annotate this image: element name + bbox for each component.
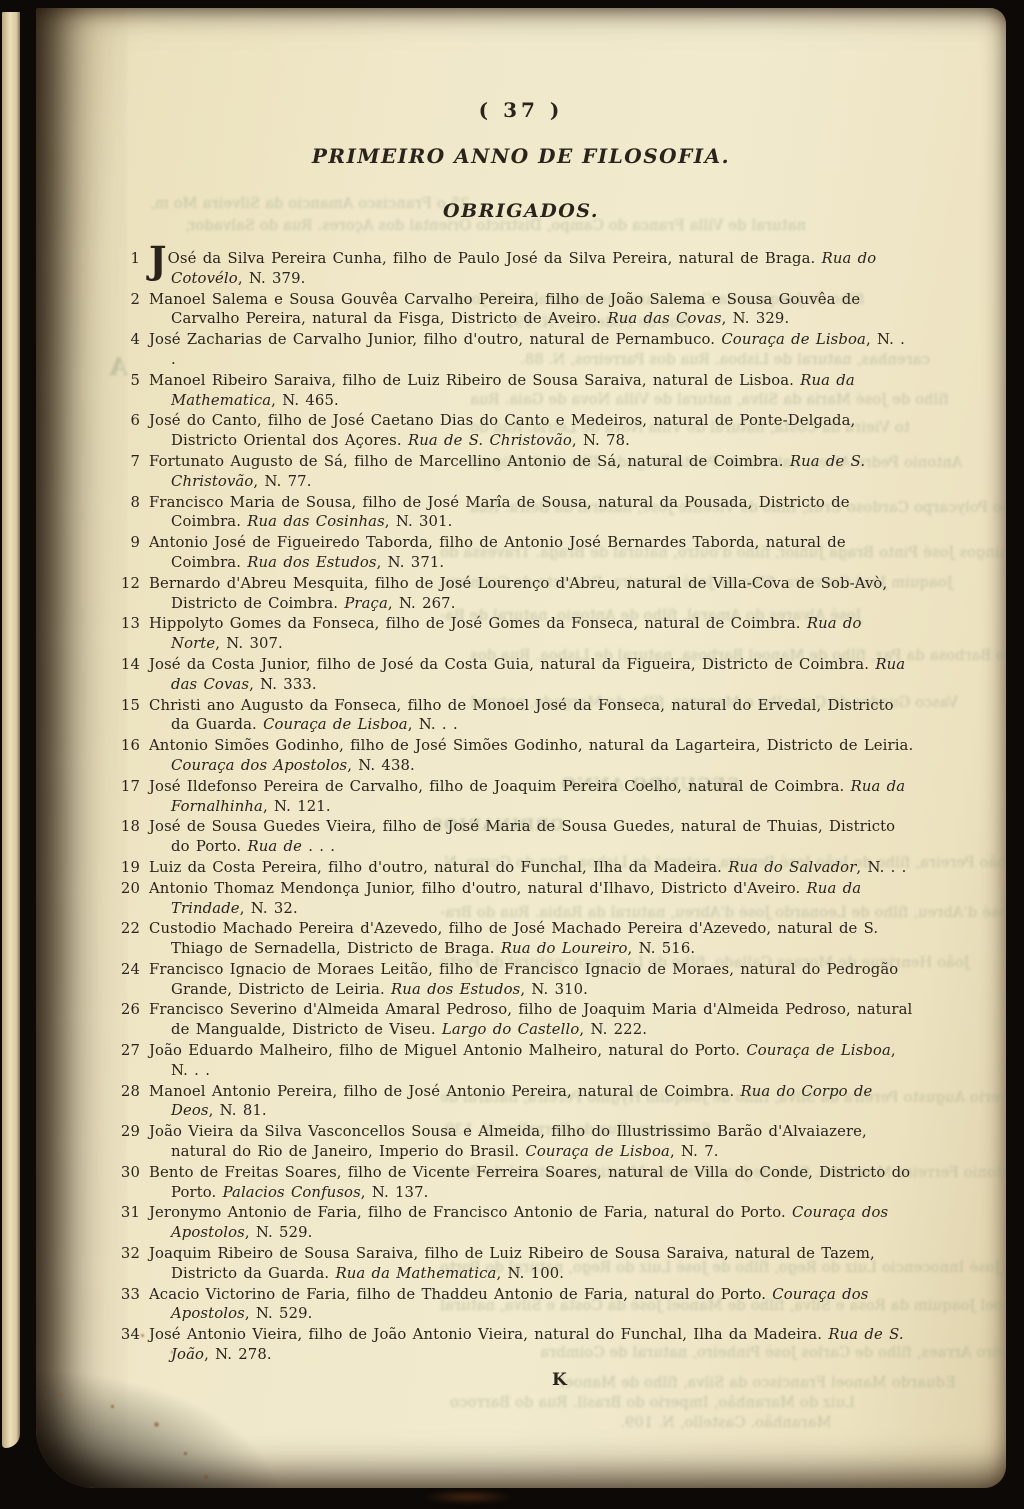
list-entry: 18José de Sousa Guedes Vieira, filho de …	[96, 817, 914, 857]
street-address: Rua do Salvador	[728, 859, 856, 876]
street-address: Rua de S. Christovão	[408, 432, 572, 449]
entry-number: 13	[96, 614, 140, 654]
list-entry: 9Antonio José de Figueiredo Taborda, fil…	[96, 533, 914, 573]
entry-text: José Zacharias de Carvalho Junior, filho…	[149, 330, 914, 370]
foxing-spot	[170, 1350, 174, 1354]
entry-number: 4	[96, 330, 140, 370]
street-address: Couraça de Lisboa	[721, 331, 866, 348]
list-entry: 26Francisco Severino d'Almeida Amaral Pe…	[96, 1000, 914, 1040]
ghost-text-line: Maranhão. Castello, N. 109.	[620, 1415, 832, 1431]
entry-number: 18	[96, 817, 140, 857]
street-address: Rua de S. Christovão	[171, 453, 865, 490]
entry-number: 29	[96, 1122, 140, 1162]
list-entry: 27João Eduardo Malheiro, filho de Miguel…	[96, 1041, 914, 1081]
street-address: Rua das Covas	[607, 310, 721, 327]
street-address: Couraça de Lisboa	[746, 1042, 891, 1059]
entry-text: Acacio Victorino de Faria, filho de Thad…	[149, 1285, 914, 1325]
entry-text: Antonio Thomaz Mendonça Junior, filho d'…	[149, 879, 914, 919]
street-address: Rua de	[247, 838, 302, 855]
street-address: Rua da Fornalhinha	[171, 778, 905, 815]
list-entry: 14José da Costa Junior, filho de José da…	[96, 655, 914, 695]
entry-text: José da Costa Junior, filho de José da C…	[149, 655, 914, 695]
entry-text: José Ildefonso Pereira de Carvalho, filh…	[149, 777, 914, 817]
street-address: Largo do Castello	[442, 1021, 580, 1038]
entry-text: JOsé da Silva Pereira Cunha, filho de Pa…	[149, 249, 914, 289]
entry-text: Hippolyto Gomes da Fonseca, filho de Jos…	[149, 614, 914, 654]
foxing-spot	[57, 1392, 63, 1398]
street-address: Palacios Confusos	[223, 1184, 361, 1201]
list-entry: 34José Antonio Vieira, filho de João Ant…	[96, 1325, 914, 1365]
street-address: Couraça dos Apostolos	[171, 757, 347, 774]
entry-text: Luiz da Costa Pereira, filho d'outro, na…	[149, 858, 914, 878]
entry-text: Bernardo d'Abreu Mesquita, filho de José…	[149, 574, 914, 614]
book-page: 25 o Francisco Amancio da Silveira Mo m,…	[36, 8, 1006, 1488]
entry-number: 2	[96, 290, 140, 330]
street-address: Couraça de Lisboa	[263, 716, 408, 733]
street-address: Rua da Mathematica	[171, 372, 855, 409]
list-entry: 4José Zacharias de Carvalho Junior, filh…	[96, 330, 914, 370]
list-entry: 6José do Canto, filho de José Caetano Di…	[96, 411, 914, 451]
entry-text: Manoel Ribeiro Saraiva, filho de Luiz Ri…	[149, 371, 914, 411]
list-entry: 24Francisco Ignacio de Moraes Leitão, fi…	[96, 960, 914, 1000]
street-address: Rua das Cosinhas	[247, 513, 385, 530]
list-entry: 20Antonio Thomaz Mendonça Junior, filho …	[96, 879, 914, 919]
entry-text: João Vieira da Silva Vasconcellos Sousa …	[149, 1122, 914, 1162]
list-entry: 29João Vieira da Silva Vasconcellos Sous…	[96, 1122, 914, 1162]
entry-number: 26	[96, 1000, 140, 1040]
list-entry: 13Hippolyto Gomes da Fonseca, filho de J…	[96, 614, 914, 654]
entry-number: 1	[96, 249, 140, 289]
list-entry: 12Bernardo d'Abreu Mesquita, filho de Jo…	[96, 574, 914, 614]
list-entry: 19Luiz da Costa Pereira, filho d'outro, …	[96, 858, 914, 878]
entry-number: 7	[96, 452, 140, 492]
entry-number: 30	[96, 1163, 140, 1203]
entry-number: 16	[96, 736, 140, 776]
entry-text: José de Sousa Guedes Vieira, filho de Jo…	[149, 817, 914, 857]
entry-number: 19	[96, 858, 140, 878]
ghost-text-line: Luiz do Maranhão, Imperio do Brasil. Rua…	[450, 1395, 855, 1411]
street-address: Rua do Cotovélo	[171, 250, 876, 287]
bottom-smudge	[420, 1490, 516, 1504]
entry-number: 22	[96, 919, 140, 959]
street-address: Rua da Mathematica	[335, 1265, 496, 1282]
entry-text: Bento de Freitas Soares, filho de Vicent…	[149, 1163, 914, 1203]
subsection-title: OBRIGADOS.	[36, 200, 1006, 222]
street-address: Praça	[344, 595, 388, 612]
street-address: Couraça de Lisboa	[525, 1143, 670, 1160]
entry-text: João Eduardo Malheiro, filho de Miguel A…	[149, 1041, 914, 1081]
entry-number: 14	[96, 655, 140, 695]
page-content: ( 37 ) PRIMEIRO ANNO DE FILOSOFIA. OBRIG…	[36, 8, 1006, 1390]
entry-text: Francisco Ignacio de Moraes Leitão, filh…	[149, 960, 914, 1000]
list-entry: 31Jeronymo Antonio de Faria, filho de Fr…	[96, 1203, 914, 1243]
entry-text: Manoel Salema e Sousa Gouvêa Carvalho Pe…	[149, 290, 914, 330]
street-address: Rua do Corpo de Deos	[171, 1083, 872, 1120]
entry-number: 31	[96, 1203, 140, 1243]
street-address: Rua de S. João	[171, 1326, 904, 1363]
entry-number: 12	[96, 574, 140, 614]
entry-number: 27	[96, 1041, 140, 1081]
entry-text: Manoel Antonio Pereira, filho de José An…	[149, 1082, 914, 1122]
entry-number: 28	[96, 1082, 140, 1122]
list-entry: 5Manoel Ribeiro Saraiva, filho de Luiz R…	[96, 371, 914, 411]
foxing-spot	[183, 1451, 188, 1456]
entry-number: 20	[96, 879, 140, 919]
street-address: Couraça dos Apostolos	[171, 1286, 868, 1323]
entry-number: 24	[96, 960, 140, 1000]
entry-text: Francisco Maria de Sousa, filho de José …	[149, 493, 914, 533]
section-title: PRIMEIRO ANNO DE FILOSOFIA.	[36, 144, 1006, 168]
entry-number: 15	[96, 696, 140, 736]
foxing-spot	[110, 1404, 115, 1409]
list-entry: 8Francisco Maria de Sousa, filho de José…	[96, 493, 914, 533]
entry-text: Joaquim Ribeiro de Sousa Saraiva, filho …	[149, 1244, 914, 1284]
drop-cap: J	[149, 238, 167, 282]
list-entry: 32Joaquim Ribeiro de Sousa Saraiva, filh…	[96, 1244, 914, 1284]
list-entry: 15Christi ano Augusto da Fonseca, filho …	[96, 696, 914, 736]
list-entry: 1JOsé da Silva Pereira Cunha, filho de P…	[96, 249, 914, 289]
book-scan: 25 o Francisco Amancio da Silveira Mo m,…	[0, 0, 1024, 1509]
entry-number: 33	[96, 1285, 140, 1325]
list-entry: 22Custodio Machado Pereira d'Azevedo, fi…	[96, 919, 914, 959]
list-entry: 28Manoel Antonio Pereira, filho de José …	[96, 1082, 914, 1122]
street-address: Rua da Trindade	[171, 880, 861, 917]
entry-number: 32	[96, 1244, 140, 1284]
foxing-spot	[140, 1333, 145, 1338]
page-number: ( 37 )	[36, 98, 1006, 122]
list-entry: 17José Ildefonso Pereira de Carvalho, fi…	[96, 777, 914, 817]
list-entry: 33Acacio Victorino de Faria, filho de Th…	[96, 1285, 914, 1325]
entry-text: José do Canto, filho de José Caetano Dia…	[149, 411, 914, 451]
street-address: Rua dos Estudos	[247, 554, 376, 571]
entry-text: Antonio Simões Godinho, filho de José Si…	[149, 736, 914, 776]
entry-text: Francisco Severino d'Almeida Amaral Pedr…	[149, 1000, 914, 1040]
list-entry: 2Manoel Salema e Sousa Gouvêa Carvalho P…	[96, 290, 914, 330]
student-list: 1JOsé da Silva Pereira Cunha, filho de P…	[96, 249, 914, 1365]
street-address: Rua das Covas	[171, 656, 905, 693]
foxing-spot	[203, 1474, 209, 1480]
foxing-spot	[153, 1421, 160, 1428]
list-entry: 16Antonio Simões Godinho, filho de José …	[96, 736, 914, 776]
entry-number: 8	[96, 493, 140, 533]
street-address: Rua do Norte	[171, 615, 862, 652]
entry-text: Jeronymo Antonio de Faria, filho de Fran…	[149, 1203, 914, 1243]
entry-number: 6	[96, 411, 140, 451]
street-address: Rua dos Estudos	[391, 981, 520, 998]
entry-number: 9	[96, 533, 140, 573]
list-entry: 7Fortunato Augusto de Sá, filho de Marce…	[96, 452, 914, 492]
entry-text: Antonio José de Figueiredo Taborda, filh…	[149, 533, 914, 573]
list-entry: 30Bento de Freitas Soares, filho de Vice…	[96, 1163, 914, 1203]
entry-number: 34	[96, 1325, 140, 1365]
street-address: Couraça dos Apostolos	[171, 1204, 888, 1241]
entry-text: Christi ano Augusto da Fonseca, filho de…	[149, 696, 914, 736]
street-address: Rua do Loureiro	[501, 940, 628, 957]
catchword: K	[552, 1370, 1006, 1390]
entry-number: 5	[96, 371, 140, 411]
entry-text: Fortunato Augusto de Sá, filho de Marcel…	[149, 452, 914, 492]
prev-page-edge	[2, 12, 20, 1448]
entry-text: José Antonio Vieira, filho de João Anton…	[149, 1325, 914, 1365]
entry-number: 17	[96, 777, 140, 817]
entry-text: Custodio Machado Pereira d'Azevedo, filh…	[149, 919, 914, 959]
